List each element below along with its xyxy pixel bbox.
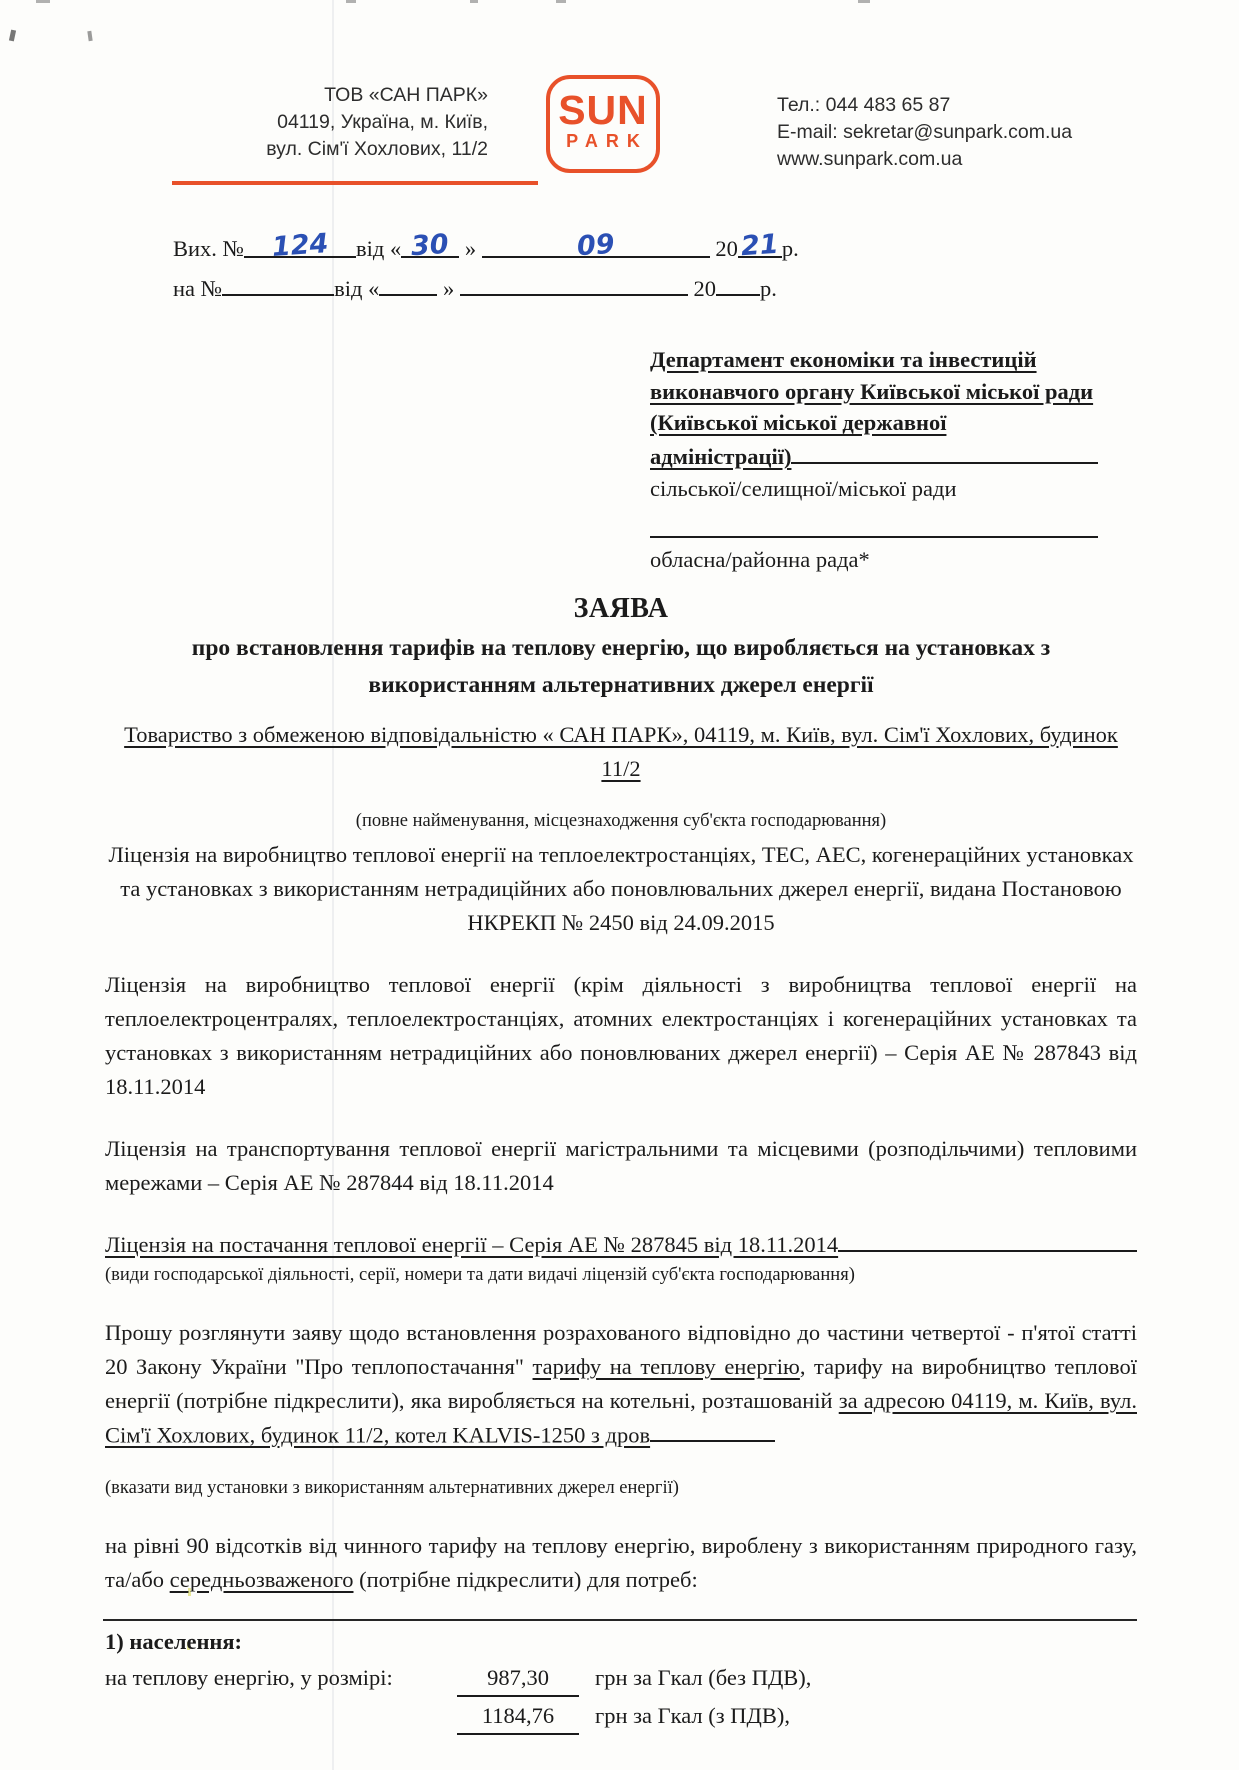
addressee-line1: Департамент економіки та інвестицій	[650, 344, 1098, 376]
blank-underline	[650, 1418, 775, 1443]
level-text-2: (потрібне підкреслити) для потреб:	[354, 1567, 698, 1592]
sunpark-logo: SUN PARK	[546, 75, 660, 173]
company-email: E-mail: sekretar@sunpark.com.ua	[777, 119, 1072, 146]
out-number-field: 124	[244, 230, 356, 258]
quote-close: »	[443, 276, 454, 301]
company-address-block: ТОВ «САН ПАРК» 04119, Україна, м. Київ, …	[170, 82, 488, 163]
out-from-label: від «	[356, 236, 401, 261]
in-from-label: від «	[334, 276, 379, 301]
handwritten-out-day: 30	[411, 235, 450, 258]
section-divider	[103, 1619, 1137, 1621]
company-name: ТОВ «САН ПАРК»	[170, 82, 488, 109]
tariff-row-no-vat: на теплову енергію, у розмірі:987,30грн …	[105, 1661, 1137, 1697]
handwritten-out-month: 09	[576, 235, 615, 258]
addressee-line4-row: адміністрації)	[650, 439, 1098, 473]
quote-close: »	[465, 236, 476, 261]
request-paragraph: Прошу розглянути заяву щодо встановлення…	[105, 1316, 1137, 1453]
addressee-block: Департамент економіки та інвестицій вико…	[650, 344, 1098, 576]
license-paragraph-3: Ліцензія на транспортування теплової ене…	[105, 1132, 1137, 1200]
population-tariff-section: 1) населення: на теплову енергію, у розм…	[105, 1625, 1137, 1735]
in-day-field	[379, 268, 437, 296]
document-title: ЗАЯВА	[105, 592, 1137, 626]
in-year-suffix: р.	[760, 276, 777, 301]
out-year-prefix: 20	[715, 236, 738, 261]
applicant-note: (повне найменування, місцезнаходження су…	[105, 808, 1137, 834]
handwritten-out-year: 21	[740, 235, 779, 258]
applicant-company-line: Товариство з обмеженою відповідальністю …	[105, 718, 1137, 786]
in-number-field	[222, 268, 334, 296]
tariff-unit-no-vat: грн за Гкал (без ПДВ),	[595, 1665, 811, 1690]
addressee-line4: адміністрації)	[650, 441, 791, 473]
outgoing-number-line: Вих. №124від «30 » 09 2021р.	[173, 230, 1137, 268]
document-subtitle: про встановлення тарифів на теплову енер…	[141, 630, 1101, 704]
letterhead: ТОВ «САН ПАРК» 04119, Україна, м. Київ, …	[0, 0, 1239, 196]
out-year-field: 21	[738, 230, 782, 258]
request-underlined-tariff: тарифу на теплову енергію	[533, 1354, 800, 1379]
addressee-line2: виконавчого органу Київської міської рад…	[650, 376, 1098, 408]
company-website: www.sunpark.com.ua	[777, 146, 1072, 173]
in-year-field	[716, 268, 760, 296]
out-month-field: 09	[482, 230, 710, 258]
header-divider	[172, 181, 538, 185]
in-label: на №	[173, 276, 222, 301]
license-paragraph-1: Ліцензія на виробництво теплової енергії…	[105, 838, 1137, 940]
document-body: Вих. №124від «30 » 09 2021р. на №від « »…	[105, 230, 1137, 1735]
license-paragraph-2: Ліцензія на виробництво теплової енергії…	[105, 968, 1137, 1104]
tariff-value-no-vat: 987,30	[457, 1661, 579, 1697]
in-month-field	[460, 268, 688, 296]
license-paragraph-4-row: Ліцензія на постачання теплової енергії …	[105, 1226, 1137, 1262]
tariff-value-with-vat: 1184,76	[457, 1699, 579, 1735]
out-day-field: 30	[401, 230, 459, 258]
handwritten-out-number: 124	[271, 234, 329, 258]
company-contacts-block: Тел.: 044 483 65 87 E-mail: sekretar@sun…	[777, 92, 1072, 173]
incoming-number-line: на №від « » 20р.	[173, 268, 1137, 308]
company-address-line2: вул. Сім'ї Хохлових, 11/2	[170, 136, 488, 163]
license-paragraph-4: Ліцензія на постачання теплової енергії …	[105, 1228, 838, 1262]
in-year-prefix: 20	[693, 276, 716, 301]
blank-underline	[791, 439, 1098, 465]
addressee-line3: (Київської міської державної	[650, 407, 1098, 439]
tariff-level-paragraph: на рівні 90 відсотків від чинного тарифу…	[105, 1529, 1137, 1597]
reference-block: Вих. №124від «30 » 09 2021р. на №від « »…	[173, 230, 1137, 308]
tariff-row-label: на теплову енергію, у розмірі:	[105, 1661, 457, 1695]
request-note: (вказати вид установки з використанням а…	[105, 1475, 1137, 1501]
blank-underline	[838, 1226, 1137, 1252]
level-underlined-word: середньозваженого	[170, 1567, 354, 1592]
tariff-unit-with-vat: грн за Гкал (з ПДВ),	[595, 1703, 790, 1728]
blank-underline	[650, 512, 1098, 538]
logo-word-park: PARK	[550, 131, 656, 151]
section-title: 1) населення:	[105, 1625, 1137, 1659]
document-page: ТОВ «САН ПАРК» 04119, Україна, м. Київ, …	[0, 0, 1239, 1770]
company-phone: Тел.: 044 483 65 87	[777, 92, 1072, 119]
addressee-sub-line: сільської/селищної/міської ради	[650, 473, 1098, 505]
company-address-line1: 04119, Україна, м. Київ,	[170, 109, 488, 136]
addressee-footer-line: обласна/районна рада*	[650, 544, 1098, 576]
license-note: (види господарської діяльності, серії, н…	[105, 1262, 1137, 1288]
out-label: Вих. №	[173, 236, 244, 261]
logo-word-sun: SUN	[550, 89, 656, 131]
out-year-suffix: р.	[782, 236, 799, 261]
tariff-row-with-vat: 1184,76грн за Гкал (з ПДВ),	[105, 1699, 1137, 1735]
